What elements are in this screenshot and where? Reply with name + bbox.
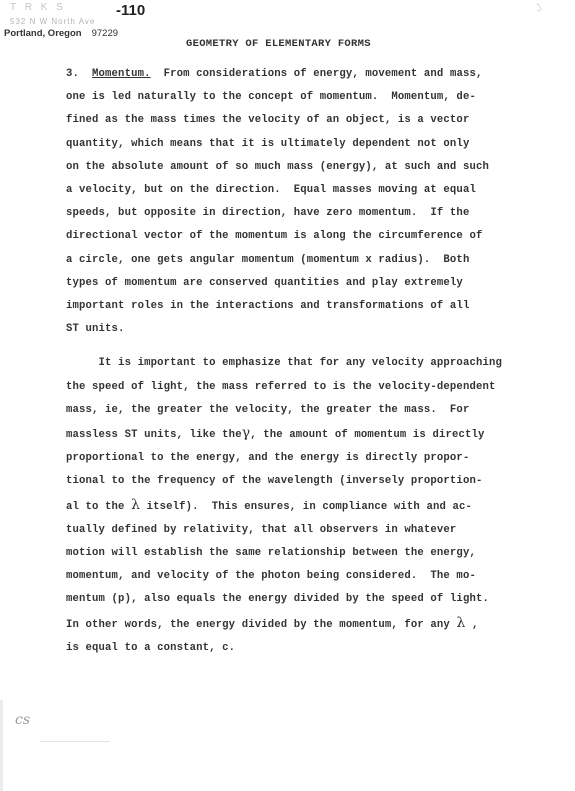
text-line: important roles in the interactions and … — [66, 295, 556, 318]
text-line: a velocity, but on the direction. Equal … — [66, 179, 556, 202]
page-title: GEOMETRY OF ELEMENTARY FORMS — [186, 38, 371, 50]
document-code: -110 — [116, 2, 145, 19]
scan-edge-shadow — [0, 700, 3, 791]
corner-pencil-mark: J — [533, 1, 544, 14]
text-line: ST units. — [66, 318, 556, 341]
city: Portland, Oregon — [4, 28, 82, 39]
text-line: on the absolute amount of so much mass (… — [66, 156, 556, 179]
text-line: tional to the frequency of the wavelengt… — [66, 470, 556, 493]
text-line: one is led naturally to the concept of m… — [66, 86, 556, 109]
text-line: al to the λ itself). This ensures, in co… — [66, 494, 556, 519]
lambda-symbol: λ — [131, 497, 140, 513]
text-line: proportional to the energy, and the ener… — [66, 447, 556, 470]
text-line: mass, ie, the greater the velocity, the … — [66, 399, 556, 422]
section-heading: Momentum. — [92, 68, 151, 80]
document-body: 3. Momentum. From considerations of ener… — [66, 63, 556, 660]
stamp-city: Portland, Oregon97229 — [4, 28, 118, 39]
stamp-street: 532 N W North Ave — [10, 17, 95, 26]
text-line: It is important to emphasize that for an… — [66, 352, 556, 375]
text-line: is equal to a constant, c. — [66, 637, 556, 660]
zip-code: 97229 — [92, 28, 118, 39]
text-line: mentum (p), also equals the energy divid… — [66, 588, 556, 611]
text-line: 3. Momentum. From considerations of ener… — [66, 63, 556, 86]
margin-initials: cs — [15, 712, 30, 728]
stamp-faint-line: T R K S — [10, 2, 66, 13]
faint-scan-line — [40, 741, 110, 742]
text-line: directional vector of the momentum is al… — [66, 225, 556, 248]
text-line: types of momentum are conserved quantiti… — [66, 272, 556, 295]
text-line: a circle, one gets angular momentum (mom… — [66, 249, 556, 272]
text-line: motion will establish the same relations… — [66, 542, 556, 565]
text-line: momentum, and velocity of the photon bei… — [66, 565, 556, 588]
text-line: speeds, but opposite in direction, have … — [66, 202, 556, 225]
text-line: the speed of light, the mass referred to… — [66, 376, 556, 399]
text-line: fined as the mass times the velocity of … — [66, 109, 556, 132]
section-number: 3. — [66, 68, 79, 80]
text-line: In other words, the energy divided by th… — [66, 612, 556, 637]
text-line: tually defined by relativity, that all o… — [66, 519, 556, 542]
text-line: massless ST units, like theγ, the amount… — [66, 422, 556, 447]
text-line: quantity, which means that it is ultimat… — [66, 133, 556, 156]
gamma-symbol: γ — [242, 425, 251, 441]
